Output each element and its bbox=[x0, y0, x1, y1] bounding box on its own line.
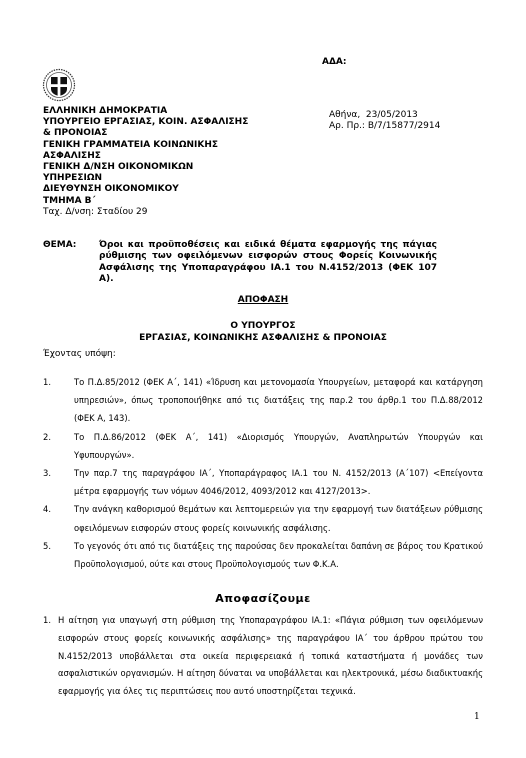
issuer-line: ΕΛΛΗΝΙΚΗ ΔΗΜΟΚΡΑΤΙΑ bbox=[43, 106, 248, 117]
considering-label: Έχοντας υπόψη: bbox=[43, 349, 116, 359]
protocol-number: Αρ. Πρ.: Β/7/15877/2914 bbox=[329, 121, 440, 132]
issuer-line: ΥΠΟΥΡΓΕΙΟ ΕΡΓΑΣΙΑΣ, ΚΟΙΝ. ΑΣΦΑΛΙΣΗΣ bbox=[43, 117, 248, 128]
date-protocol-block: Αθήνα, 23/05/2013 Αρ. Πρ.: Β/7/15877/291… bbox=[329, 110, 440, 132]
minister-line: ΕΡΓΑΣΙΑΣ, ΚΟΙΝΩΝΙΚΗΣ ΑΣΦΑΛΙΣΗΣ & ΠΡΟΝΟΙΑ… bbox=[0, 332, 526, 344]
issuer-line: & ΠΡΟΝΟΙΑΣ bbox=[43, 128, 248, 139]
item-text: Το γεγονός ότι από τις διατάξεις της παρ… bbox=[74, 537, 483, 573]
page-number: 1 bbox=[474, 712, 480, 722]
issuer-line: ΑΣΦΑΛΙΣΗΣ bbox=[43, 151, 248, 162]
item-text: Την παρ.7 της παραγράφου ΙΑ΄, Υποπαράγρα… bbox=[74, 464, 483, 500]
date-line: Αθήνα, 23/05/2013 bbox=[329, 110, 440, 121]
consideration-item: 5. Το γεγονός ότι από τις διατάξεις της … bbox=[43, 537, 483, 573]
address: Ταχ. Δ/νση: Σταδίου 29 bbox=[43, 207, 248, 218]
subject-label: ΘΕΜΑ: bbox=[43, 240, 76, 250]
decide-heading: Αποφασίζουμε bbox=[0, 592, 526, 605]
item-text: Την ανάγκη καθορισμού θεμάτων και λεπτομ… bbox=[74, 500, 483, 536]
consideration-item: 3. Την παρ.7 της παραγράφου ΙΑ΄, Υποπαρά… bbox=[43, 464, 483, 500]
issuer-block: ΕΛΛΗΝΙΚΗ ΔΗΜΟΚΡΑΤΙΑ ΥΠΟΥΡΓΕΙΟ ΕΡΓΑΣΙΑΣ, … bbox=[43, 106, 248, 218]
item-number: 4. bbox=[43, 500, 74, 536]
minister-line: Ο ΥΠΟΥΡΓΟΣ bbox=[0, 320, 526, 332]
ada-label: ΑΔΑ: bbox=[322, 57, 347, 67]
item-number: 5. bbox=[43, 537, 74, 573]
issuer-line: ΤΜΗΜΑ Β΄ bbox=[43, 196, 248, 207]
decide-item: 1. Η αίτηση για υπαγωγή στη ρύθμιση της … bbox=[43, 612, 483, 701]
issuer-line: ΓΕΝΙΚΗ Δ/ΝΣΗ ΟΙΚΟΝΟΜΙΚΩΝ bbox=[43, 162, 248, 173]
issuer-line: ΓΕΝΙΚΗ ΓΡΑΜΜΑΤΕΙΑ ΚΟΙΝΩΝΙΚΗΣ bbox=[43, 140, 248, 151]
subject-text: Όροι και προϋποθέσεις και ειδικά θέματα … bbox=[99, 240, 437, 285]
item-number: 1. bbox=[43, 612, 58, 701]
decide-list: 1. Η αίτηση για υπαγωγή στη ρύθμιση της … bbox=[43, 612, 483, 701]
item-number: 3. bbox=[43, 464, 74, 500]
consideration-item: 4. Την ανάγκη καθορισμού θεμάτων και λεπ… bbox=[43, 500, 483, 536]
considerations-list: 1. Το Π.Δ.85/2012 (ΦΕΚ Α΄, 141) «Ίδρυση … bbox=[43, 373, 483, 573]
item-number: 2. bbox=[43, 428, 74, 464]
issuer-line: ΥΠΗΡΕΣΙΩΝ bbox=[43, 173, 248, 184]
item-number: 1. bbox=[43, 373, 74, 428]
greek-coat-of-arms-icon bbox=[42, 68, 76, 102]
minister-heading: Ο ΥΠΟΥΡΓΟΣ ΕΡΓΑΣΙΑΣ, ΚΟΙΝΩΝΙΚΗΣ ΑΣΦΑΛΙΣΗ… bbox=[0, 320, 526, 344]
issuer-line: ΔΙΕΥΘΥΝΣΗ ΟΙΚΟΝΟΜΙΚΟΥ bbox=[43, 184, 248, 195]
item-text: Το Π.Δ.85/2012 (ΦΕΚ Α΄, 141) «Ίδρυση και… bbox=[74, 373, 483, 428]
decision-title: ΑΠΟΦΑΣΗ bbox=[0, 295, 526, 305]
item-text: Η αίτηση για υπαγωγή στη ρύθμιση της Υπο… bbox=[58, 612, 483, 701]
item-text: Το Π.Δ.86/2012 (ΦΕΚ Α΄, 141) «Διορισμός … bbox=[74, 428, 483, 464]
consideration-item: 1. Το Π.Δ.85/2012 (ΦΕΚ Α΄, 141) «Ίδρυση … bbox=[43, 373, 483, 428]
consideration-item: 2. Το Π.Δ.86/2012 (ΦΕΚ Α΄, 141) «Διορισμ… bbox=[43, 428, 483, 464]
